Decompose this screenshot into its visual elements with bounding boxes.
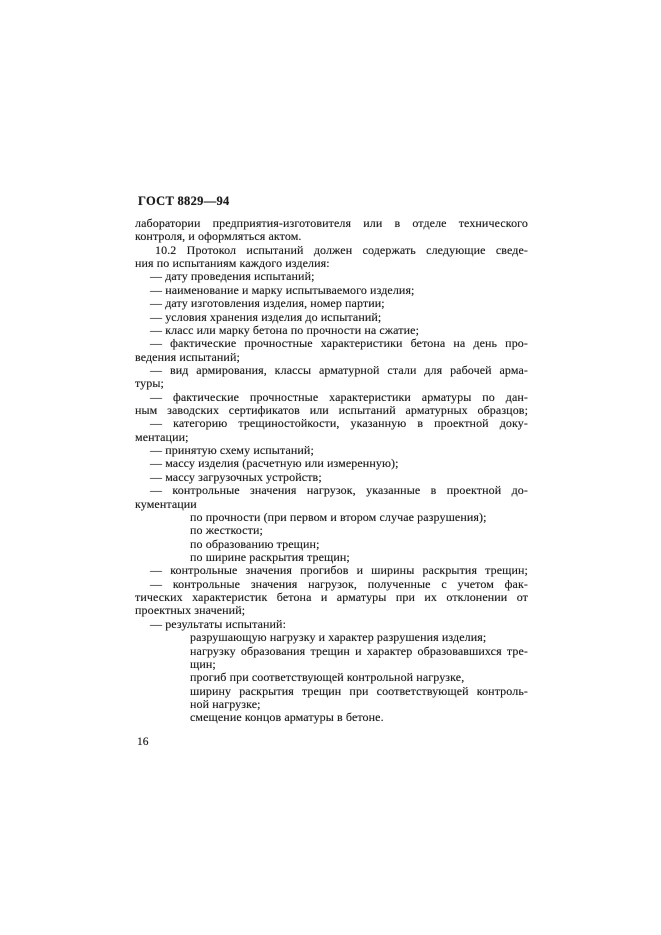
text-line: — массу загрузочных устройств; <box>135 471 528 484</box>
text-line: щин; <box>135 658 528 671</box>
text-line: контроля, и оформляться актом. <box>135 230 528 243</box>
text-line: — контрольные значения нагрузок, указанн… <box>135 484 528 497</box>
text-line: ширину раскрытия трещин при соответствую… <box>135 685 528 698</box>
document-page: ГОСТ 8829—94 лаборатории предприятия-изг… <box>0 0 661 935</box>
text-line: лаборатории предприятия-изготовителя или… <box>135 217 528 230</box>
text-line: смещение концов арматуры в бетоне. <box>135 711 528 724</box>
text-line: — массу изделия (расчетную или измеренну… <box>135 457 528 470</box>
text-line: ведения испытаний; <box>135 351 528 364</box>
text-line: кументации <box>135 498 528 511</box>
text-line: ментации; <box>135 431 528 444</box>
text-line: — результаты испытаний: <box>135 618 528 631</box>
text-line: — контрольные значения прогибов и ширины… <box>135 564 528 577</box>
text-block: лаборатории предприятия-изготовителя или… <box>135 217 528 725</box>
text-line: — класс или марку бетона по прочности на… <box>135 324 528 337</box>
text-line: тических характеристик бетона и арматуры… <box>135 591 528 604</box>
text-line: — условия хранения изделия до испытаний; <box>135 311 528 324</box>
text-line: — категорию трещиностойкости, указанную … <box>135 417 528 430</box>
document-header: ГОСТ 8829—94 <box>138 194 230 209</box>
text-line: 10.2 Протокол испытаний должен содержать… <box>135 244 528 257</box>
text-line: по жесткости; <box>135 524 528 537</box>
text-line: разрушающую нагрузку и характер разрушен… <box>135 631 528 644</box>
text-line: проектных значений; <box>135 604 528 617</box>
text-line: ным заводских сертификатов или испытаний… <box>135 404 528 417</box>
text-line: — дату изготовления изделия, номер парти… <box>135 297 528 310</box>
text-line: по образованию трещин; <box>135 538 528 551</box>
text-line: ной нагрузке; <box>135 698 528 711</box>
page-number: 16 <box>137 736 149 748</box>
text-line: — фактические прочностные характеристики… <box>135 391 528 404</box>
text-line: — контрольные значения нагрузок, получен… <box>135 578 528 591</box>
text-line: туры; <box>135 377 528 390</box>
text-line: по ширине раскрытия трещин; <box>135 551 528 564</box>
text-line: ния по испытаниям каждого изделия: <box>135 257 528 270</box>
text-line: — фактические прочностные характеристики… <box>135 337 528 350</box>
text-line: по прочности (при первом и втором случае… <box>135 511 528 524</box>
text-line: — вид армирования, классы арматурной ста… <box>135 364 528 377</box>
text-line: — дату проведения испытаний; <box>135 270 528 283</box>
text-line: — наименование и марку испытываемого изд… <box>135 284 528 297</box>
text-line: нагрузку образования трещин и характер о… <box>135 645 528 658</box>
text-line: прогиб при соответствующей контрольной н… <box>135 671 528 684</box>
text-line: — принятую схему испытаний; <box>135 444 528 457</box>
